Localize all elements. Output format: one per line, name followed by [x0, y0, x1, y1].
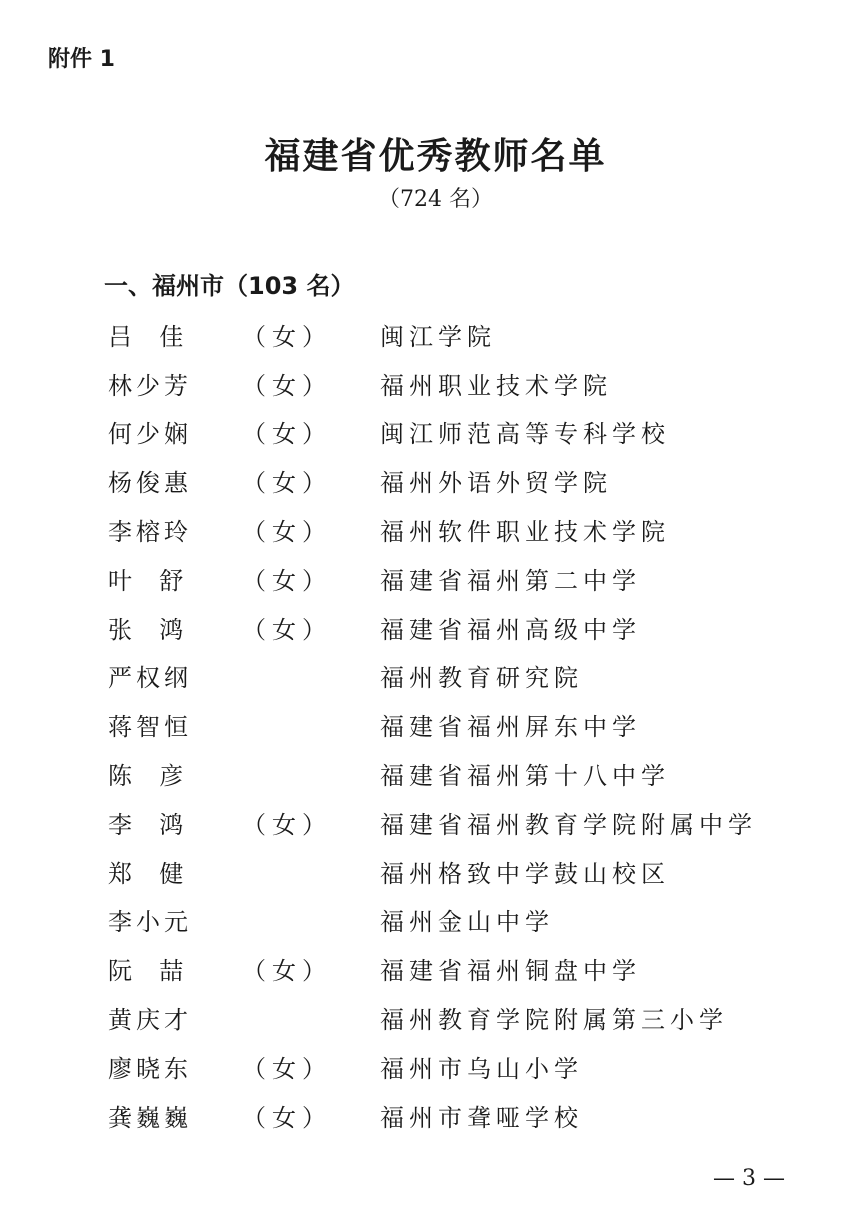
- teacher-name: 李榕玲: [108, 512, 242, 547]
- teacher-name: 杨俊惠: [108, 463, 242, 498]
- teacher-name: 黄庆才: [108, 1000, 242, 1035]
- organization: 福建省福州第二中学: [380, 561, 641, 596]
- teacher-name: 严权纲: [108, 658, 242, 693]
- teacher-name: 龚巍巍: [108, 1098, 242, 1133]
- organization: 福建省福州屏东中学: [380, 707, 641, 742]
- gender-note: （女）: [242, 951, 380, 986]
- gender-note: （女）: [242, 805, 380, 840]
- document-title: 福建省优秀教师名单: [0, 128, 841, 179]
- list-item: 何少娴（女）闽江师范高等专科学校: [108, 408, 808, 457]
- list-item: 李 鸿（女）福建省福州教育学院附属中学: [108, 798, 808, 847]
- teacher-name: 张 鸿: [108, 610, 242, 645]
- list-item: 郑 健福州格致中学鼓山校区: [108, 847, 808, 896]
- organization: 福州市乌山小学: [380, 1049, 583, 1084]
- teacher-name: 蒋智恒: [108, 707, 242, 742]
- teacher-name: 李 鸿: [108, 805, 242, 840]
- gender-note: （女）: [242, 366, 380, 401]
- organization: 福建省福州教育学院附属中学: [380, 805, 757, 840]
- organization: 福建省福州高级中学: [380, 610, 641, 645]
- teacher-list: 吕 佳（女）闽江学院 林少芳（女）福州职业技术学院 何少娴（女）闽江师范高等专科…: [108, 310, 808, 1140]
- organization: 闽江师范高等专科学校: [380, 414, 670, 449]
- total-count: （724 名）: [0, 182, 841, 213]
- gender-note: （女）: [242, 414, 380, 449]
- organization: 福建省福州第十八中学: [380, 756, 670, 791]
- list-item: 龚巍巍（女）福州市聋哑学校: [108, 1091, 808, 1140]
- teacher-name: 叶 舒: [108, 561, 242, 596]
- teacher-name: 阮 喆: [108, 951, 242, 986]
- list-item: 陈 彦福建省福州第十八中学: [108, 749, 808, 798]
- list-item: 李小元福州金山中学: [108, 896, 808, 945]
- list-item: 黄庆才福州教育学院附属第三小学: [108, 993, 808, 1042]
- gender-note: （女）: [242, 610, 380, 645]
- teacher-name: 吕 佳: [108, 317, 242, 352]
- list-item: 张 鸿（女）福建省福州高级中学: [108, 603, 808, 652]
- teacher-name: 林少芳: [108, 366, 242, 401]
- list-item: 吕 佳（女）闽江学院: [108, 310, 808, 359]
- teacher-name: 李小元: [108, 902, 242, 937]
- page-number: — 3 —: [713, 1166, 785, 1191]
- organization: 福州教育研究院: [380, 658, 583, 693]
- organization: 福州外语外贸学院: [380, 463, 612, 498]
- organization: 福州软件职业技术学院: [380, 512, 670, 547]
- list-item: 林少芳（女）福州职业技术学院: [108, 359, 808, 408]
- organization: 闽江学院: [380, 317, 496, 352]
- gender-note: （女）: [242, 317, 380, 352]
- list-item: 叶 舒（女）福建省福州第二中学: [108, 554, 808, 603]
- gender-note: （女）: [242, 1098, 380, 1133]
- organization: 福州市聋哑学校: [380, 1098, 583, 1133]
- teacher-name: 陈 彦: [108, 756, 242, 791]
- gender-note: （女）: [242, 1049, 380, 1084]
- list-item: 严权纲福州教育研究院: [108, 652, 808, 701]
- teacher-name: 廖晓东: [108, 1049, 242, 1084]
- attachment-label: 附件 1: [48, 42, 115, 73]
- organization: 福州教育学院附属第三小学: [380, 1000, 728, 1035]
- organization: 福建省福州铜盘中学: [380, 951, 641, 986]
- list-item: 杨俊惠（女）福州外语外贸学院: [108, 456, 808, 505]
- teacher-name: 郑 健: [108, 854, 242, 889]
- gender-note: （女）: [242, 561, 380, 596]
- organization: 福州金山中学: [380, 902, 554, 937]
- list-item: 廖晓东（女）福州市乌山小学: [108, 1042, 808, 1091]
- section-heading: 一、福州市（103 名）: [104, 266, 354, 301]
- list-item: 蒋智恒福建省福州屏东中学: [108, 700, 808, 749]
- list-item: 阮 喆（女）福建省福州铜盘中学: [108, 944, 808, 993]
- gender-note: （女）: [242, 463, 380, 498]
- organization: 福州职业技术学院: [380, 366, 612, 401]
- gender-note: （女）: [242, 512, 380, 547]
- list-item: 李榕玲（女）福州软件职业技术学院: [108, 505, 808, 554]
- teacher-name: 何少娴: [108, 414, 242, 449]
- organization: 福州格致中学鼓山校区: [380, 854, 670, 889]
